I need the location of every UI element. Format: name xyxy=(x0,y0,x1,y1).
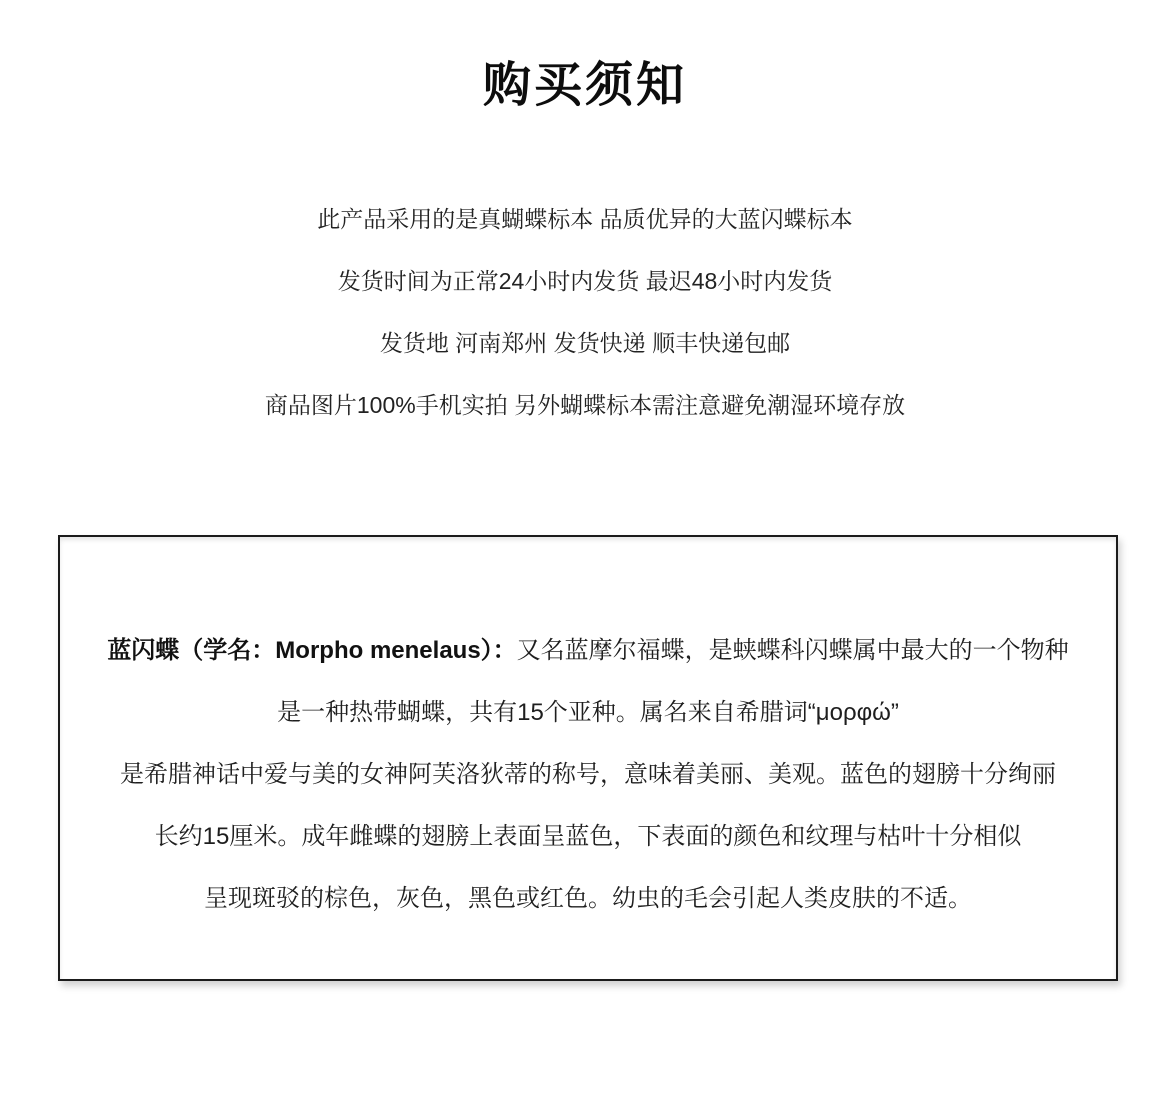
notice-block: 此产品采用的是真蝴蝶标本 品质优异的大蓝闪蝶标本 发货时间为正常24小时内发货 … xyxy=(0,188,1170,436)
info-line-species: 蓝闪蝶（学名：Morpho menelaus）：又名蓝摩尔福蝶，是蛱蝶科闪蝶属中… xyxy=(80,620,1096,682)
info-line-mythology: 是希腊神话中爱与美的女神阿芙洛狄蒂的称号，意味着美丽、美观。蓝色的翅膀十分绚丽 xyxy=(80,744,1096,806)
species-name-bold: 蓝闪蝶（学名：Morpho menelaus）： xyxy=(107,637,516,664)
butterfly-info-box: 蓝闪蝶（学名：Morpho menelaus）：又名蓝摩尔福蝶，是蛱蝶科闪蝶属中… xyxy=(58,535,1118,981)
notice-line-shipping-origin: 发货地 河南郑州 发货快递 顺丰快递包邮 xyxy=(0,312,1170,374)
purchase-notice-page: 购买须知 此产品采用的是真蝴蝶标本 品质优异的大蓝闪蝶标本 发货时间为正常24小… xyxy=(0,0,1170,1100)
butterfly-info-content: 蓝闪蝶（学名：Morpho menelaus）：又名蓝摩尔福蝶，是蛱蝶科闪蝶属中… xyxy=(80,620,1096,930)
notice-line-shipping-time: 发货时间为正常24小时内发货 最迟48小时内发货 xyxy=(0,250,1170,312)
info-line-subspecies: 是一种热带蝴蝶，共有15个亚种。属名来自希腊词“μορφώ” xyxy=(80,682,1096,744)
page-title: 购买须知 xyxy=(0,58,1170,114)
notice-line-product: 此产品采用的是真蝴蝶标本 品质优异的大蓝闪蝶标本 xyxy=(0,188,1170,250)
info-line-wings: 长约15厘米。成年雌蝶的翅膀上表面呈蓝色，下表面的颜色和纹理与枯叶十分相似 xyxy=(80,806,1096,868)
notice-line-photo-storage: 商品图片100%手机实拍 另外蝴蝶标本需注意避免潮湿环境存放 xyxy=(0,374,1170,436)
species-name-rest: 又名蓝摩尔福蝶，是蛱蝶科闪蝶属中最大的一个物种 xyxy=(517,637,1069,664)
info-line-colors-larva: 呈现斑驳的棕色，灰色，黑色或红色。幼虫的毛会引起人类皮肤的不适。 xyxy=(80,868,1096,930)
